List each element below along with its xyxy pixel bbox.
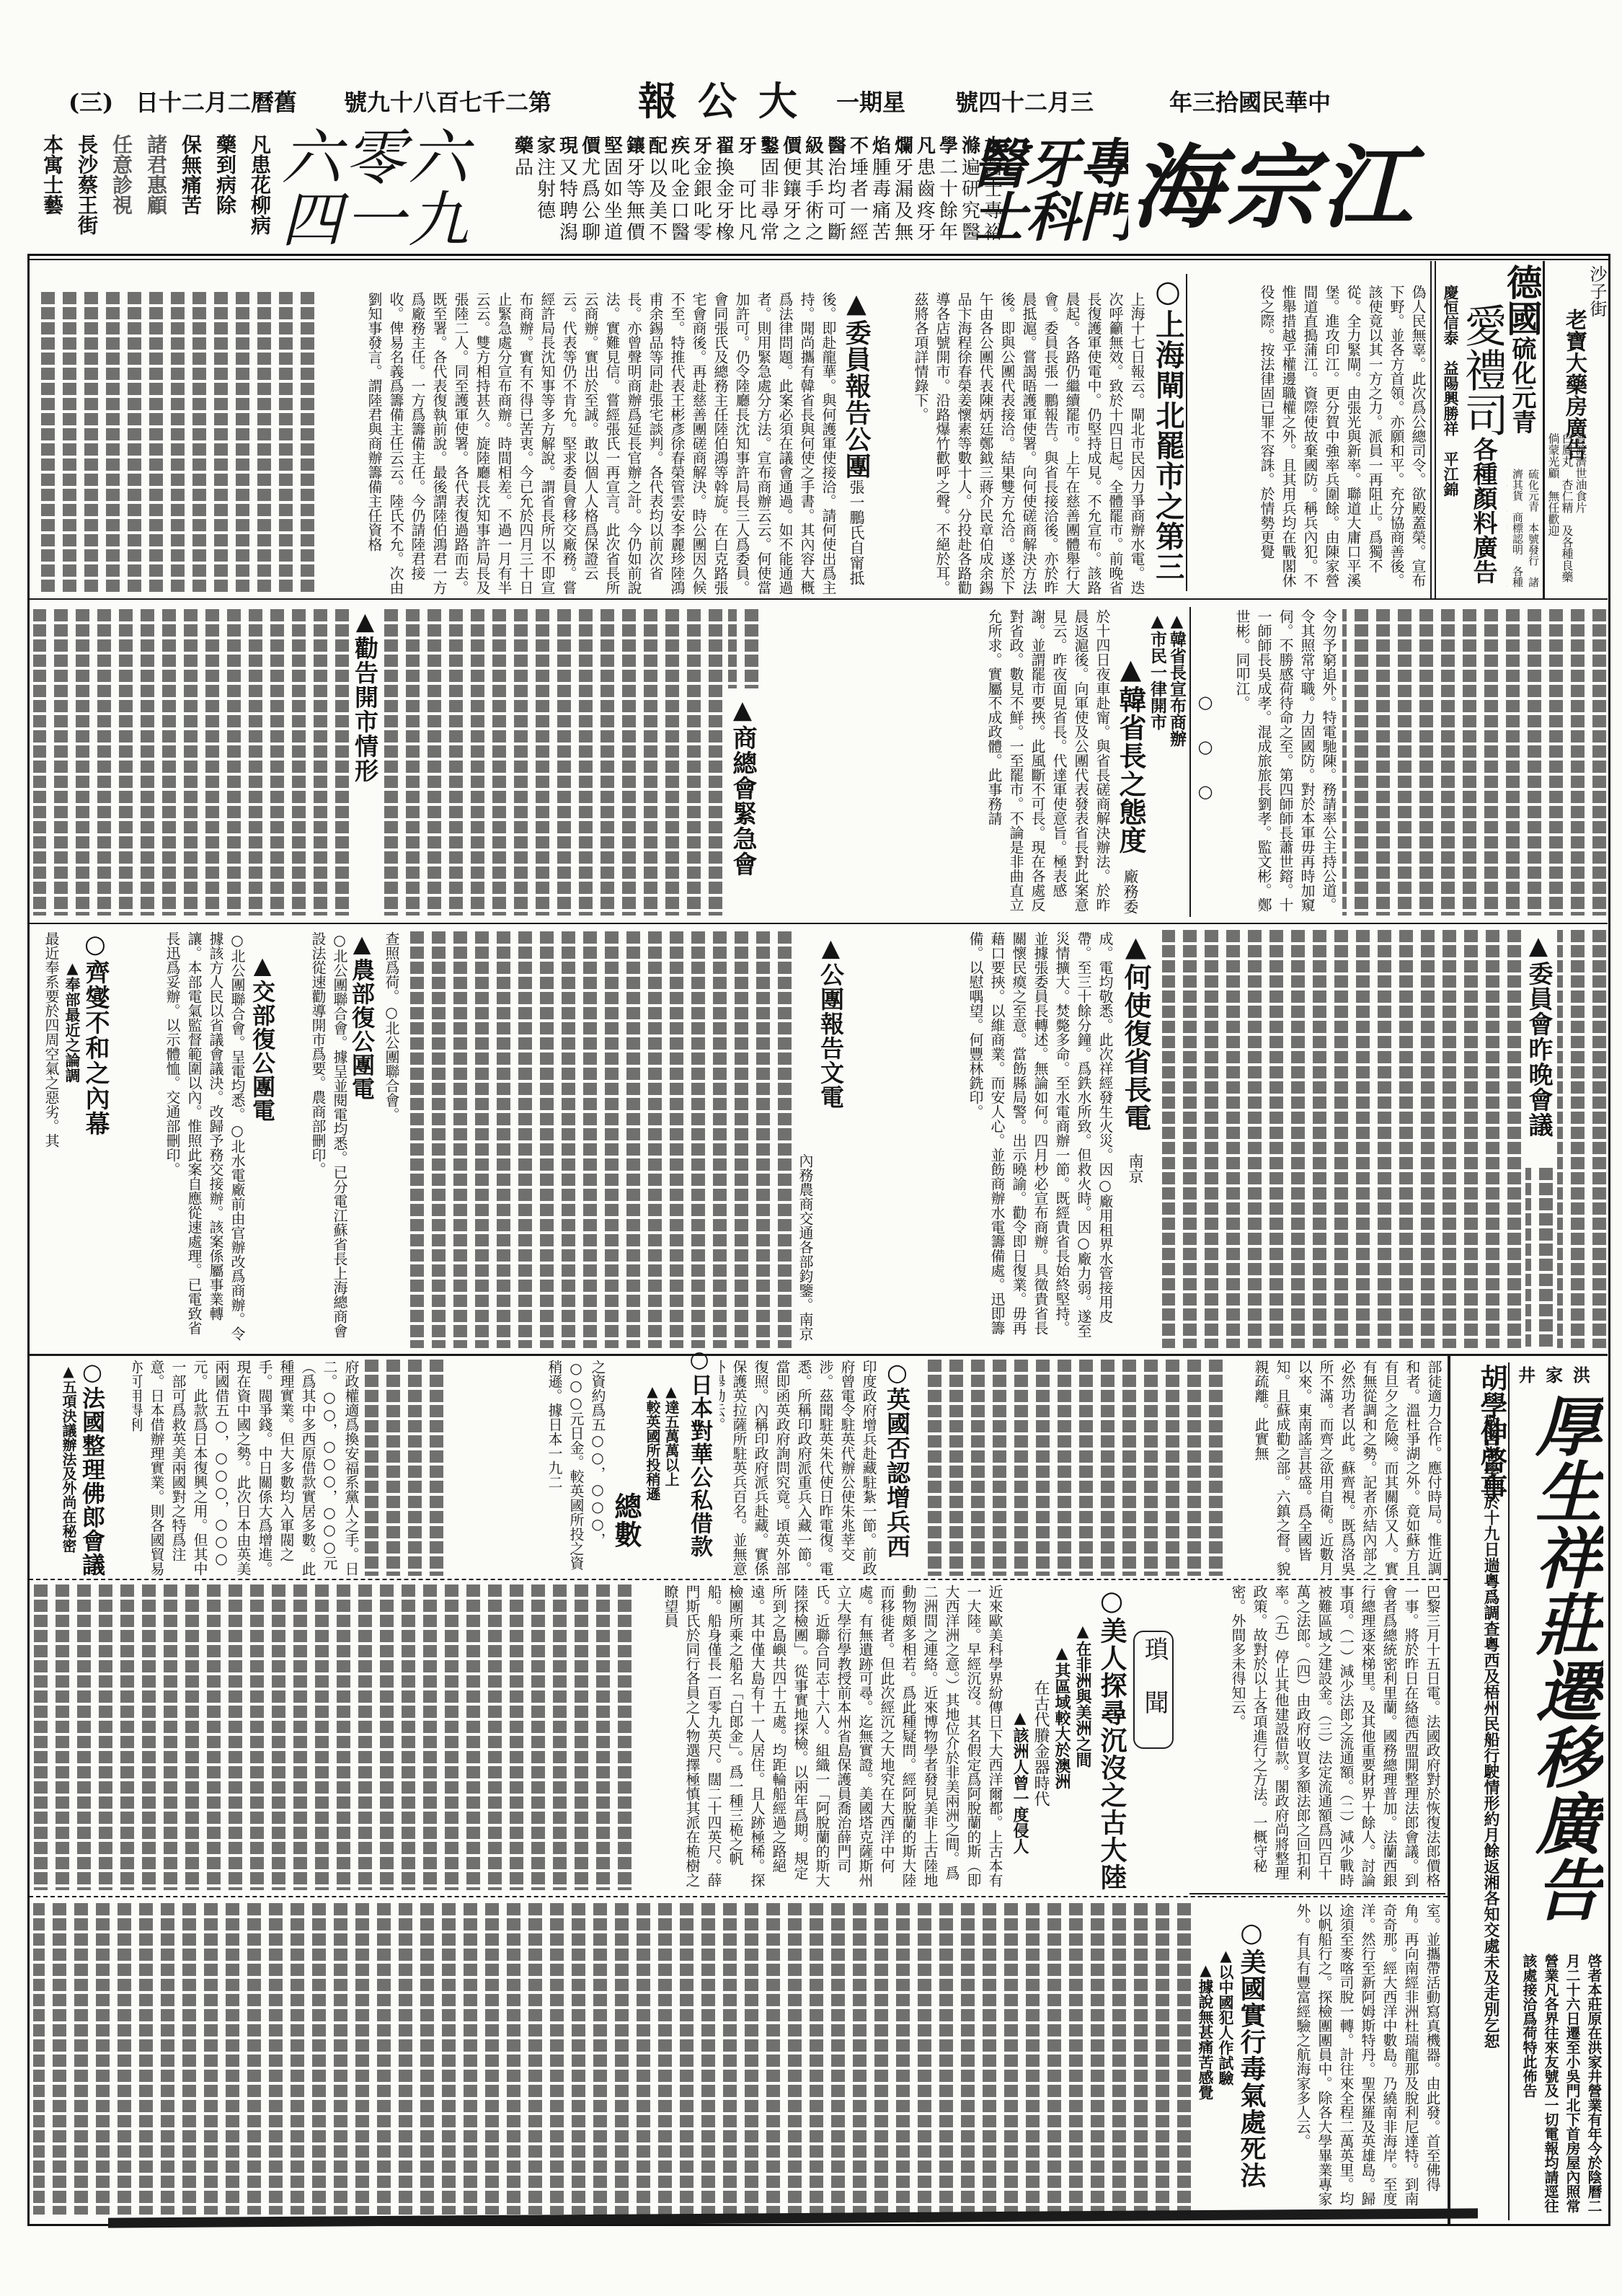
- subhead: ▲據說無甚痛苦感覺: [1195, 1946, 1215, 2191]
- column-rule: [1430, 261, 1432, 598]
- dye-suffix: 各種顏料廣告: [1468, 437, 1497, 584]
- headline-japan-loans: ○日本對華公私借款之: [682, 1347, 715, 1577]
- illegible-text-columns: [1525, 1168, 1553, 1348]
- dental-ad-text: 本滌學凡爛焰不醫級價鑿牙翟牙疾配鑲堅價現家藥 醫遍二患牙腫埵治其便固 換金叱以牙…: [490, 136, 1006, 245]
- column-rule: [1543, 261, 1545, 598]
- illegible-text-columns: [364, 1360, 443, 1576]
- subhead-fengtian-commentary: ▲奉部最近之論調: [63, 959, 82, 1146]
- issue-number: 第二千七百八十九號: [328, 88, 551, 117]
- illegible-text-columns: [405, 931, 792, 1348]
- row-divider: [29, 923, 1608, 924]
- subhead: 在古代賸金器時代: [1030, 1622, 1051, 1889]
- dental-ad-row: 本滌學凡爛焰不醫級價鑿牙翟牙疾配鑲堅價現家藥: [490, 136, 1006, 157]
- article-body: 於十四日夜車赴甯。與省長磋商解決辦法。於昨晨返滬後。向軍使及公團代表發表省長對此…: [764, 609, 1113, 916]
- dye-brand: 愛禮司: [1462, 303, 1504, 437]
- pharmacy-line: 白鳳丸 杏仁精 及各種良藥: [1560, 433, 1574, 595]
- dental-ad-row: 專究餘疼及痛一可術牙尋比牙叱口美無坐公聘德: [490, 200, 1006, 222]
- article-body: ○北公團聯合會。呈電均悉。○北水電廠前由官辦改爲商辦。令據該方人民以省議會議決。…: [115, 931, 248, 1348]
- weekday: 星期一: [836, 88, 905, 117]
- subhead: ▲以中國犯人作試驗: [1215, 1946, 1236, 2191]
- subhead: ▲達五萬萬以上: [662, 1383, 681, 1527]
- issue-date: 三月二十四號: [955, 88, 1094, 117]
- dye-ad-brand-column: 愛禮司各種顏料廣告: [1462, 303, 1504, 591]
- dye-agents: 慶恒信泰 益陽興勝祥 平江錦: [1439, 285, 1461, 595]
- headline-communications-ministry-reply: ▲交部復公團電: [249, 952, 278, 1132]
- headline-agriculture-ministry-reply: ▲農部復公團電: [352, 930, 378, 1110]
- subhead-committee-report: ▲委員報告公團: [842, 288, 872, 479]
- headline-france-franc-conference: ○法國整理佛郎會議: [79, 1358, 108, 1578]
- headline-atlantis-expedition: ○美人探尋沉沒之古大陸: [1094, 1584, 1127, 1893]
- dental-ad-row: 士研十齒漏毒者均手鑲非可金銀金及等如爲特射: [490, 179, 1006, 200]
- headline-japan-loans-end: 總數: [610, 1492, 642, 1575]
- subhead: ▲韓省長宣布商辦: [1167, 611, 1187, 755]
- illegible-text-columns: [728, 609, 758, 688]
- section-separator-circles: ○○○: [1194, 692, 1215, 836]
- article-continuation-text: 偽人民無辜。此次爲公總司令。欲殿蓋榮。宣布下野。並各方首領。亦願和平。充分協商善…: [1191, 285, 1429, 588]
- headline-public-bodies-telegrams: ▲公團報告文電（一）: [817, 934, 846, 1150]
- headline-reopening-persuasion: ▲勸告開市情形: [352, 607, 381, 794]
- article-body: 成。電均敬悉。此次祥經發生火災。因○廠用租界水管接用皮帶。至三十餘分鐘。爲鉄水所…: [848, 931, 1116, 1348]
- headline-zhabei-strike: ○上海閘北罷市之第三日: [1151, 274, 1184, 598]
- clinic-ad-column: 任意診視: [104, 134, 138, 249]
- article-body-tail: 查照爲荷。○北公團聯合會。: [378, 931, 402, 1348]
- headline-committee-meeting: ▲委員會昨晚會議: [1524, 931, 1554, 1162]
- illegible-text-columns: [33, 609, 349, 916]
- clinic-ad-column: 諸君惠顧: [138, 134, 173, 249]
- headline-column: ▲韓省長之態度廠務委員張一鵬氏: [1116, 652, 1146, 918]
- illegible-text-columns: [384, 609, 722, 916]
- article-body-ending: 室。並攜帶活動寫真機器。由此發。首至佛得角。再向南經非洲杜瑞龍那及脫利尼達特。到…: [1270, 1903, 1443, 2217]
- pharmacy-ad-lines: 普渡濟世油食片 白鳳丸 杏仁精 及各種良藥 倘蒙光顧 無任歡迎: [1546, 433, 1587, 595]
- paper-name-char-3: 報: [638, 79, 677, 123]
- dye-country: 德國: [1502, 264, 1541, 336]
- paper-name-char-2: 公: [698, 79, 737, 123]
- miscellany-label-box: 瑣聞: [1133, 1631, 1174, 1749]
- housheng-title: 厚生祥莊遷移廣告: [1518, 1391, 1603, 1946]
- pharmacy-line: 倘蒙光顧 無任歡迎: [1546, 433, 1560, 595]
- lunar-date: 舊曆二月二十日: [153, 88, 297, 117]
- headline-column: ▲何使復省長電南京: [1120, 930, 1151, 1348]
- dental-ad-subtitle: 專門 牙科 醫士: [966, 136, 1128, 251]
- dye-ad-lines: 硫化元青 本號發行 諸濟其貨 商標認明 各種顏料 尤爲特別 倘蒙惠顧 價格 從輕…: [1507, 469, 1541, 595]
- subheads-han-governor: ▲韓省長宣布商辦 ▲市民一律開市: [1146, 611, 1187, 755]
- tier-divider: [29, 1896, 1448, 1897]
- hu-notice-body: 敬啓者學伸於十九日遄粵爲調查粵西及梧州民船行駛情形約月餘返湘各知交處未及走別乞恕: [1476, 1414, 1501, 2207]
- headline-chamber-emergency-meeting: ▲商總會緊急會: [727, 696, 758, 912]
- paper-name-char-1: 大: [758, 79, 797, 123]
- column-rule: [1186, 274, 1187, 591]
- clinic-ad-column: 保無痛苦: [173, 134, 208, 249]
- subhead: ▲在非洲與美洲之間: [1072, 1622, 1093, 1889]
- subheads-atlantis: ▲在非洲與美洲之間 ▲其區域較大於澳洲 在古代賸金器時代 ▲該洲人曾一度侵人: [1009, 1622, 1093, 1889]
- dye-product: 硫化元青: [1507, 336, 1536, 434]
- headline-he-reply-governor: ▲何使復省長電: [1120, 930, 1151, 1132]
- column-rule: [1435, 261, 1436, 598]
- subhead: ▲市民一律開市: [1148, 611, 1167, 755]
- subheads-gas-execution: ▲以中國犯人作試驗 ▲據說無甚痛苦感覺: [1194, 1946, 1236, 2191]
- article-body: 後。即赴龍華。與何護軍使接洽。請何使出爲主持。聞尚攜有韓省長與何使之手書。其內容…: [317, 292, 839, 595]
- article-body: 內務農商交通各部鈞鑒。南京齊: [794, 1153, 816, 1348]
- article-body: 上海十七日報云。閘北市民因力爭商辦水電。迭次呼籲無效。致於十四日起。全體罷市。前…: [874, 292, 1148, 595]
- illegible-text-columns: [1162, 930, 1521, 1348]
- subhead: ▲較英國所投稍遜: [643, 1383, 662, 1527]
- dental-subtitle-column: 醫士: [968, 136, 1021, 251]
- housheng-body: 啓者本莊原在洪家井營業有年今於陰曆二月二十六日遷至小吳門北下首房屋內照常營業凡各…: [1515, 1954, 1605, 2213]
- byline: 南京: [1127, 1132, 1144, 1184]
- subhead-column: ▲委員報告公團張一鵬氏自甯抵滬: [842, 288, 872, 595]
- headline-us-gas-execution: ○美國實行毒氣處死法: [1237, 1918, 1267, 2191]
- republic-year: 中華民國拾三年: [1169, 88, 1331, 117]
- illegible-text-columns: [1557, 930, 1606, 1348]
- clinic-ad-column: 長沙蔡王街: [69, 134, 104, 249]
- headline-britain-denies-tibet: ○英國否認增兵西藏: [881, 1358, 913, 1578]
- illegible-text-columns: [920, 1360, 1223, 1576]
- dental-subtitle-column: 牙科: [1021, 136, 1075, 251]
- column-rule: [1508, 1362, 1510, 2220]
- headline-qi-xie-discord: ○齊燮不和之內幕: [82, 930, 111, 1146]
- article-body: 最近奉系要於四周空氣之惡劣。其: [33, 931, 62, 1348]
- article-body: ○北公團聯合會。據呈並閱電均悉。已分電江蘇省長上海總商會設法從速勸導開市爲要。農…: [283, 931, 350, 1348]
- dental-subtitle-column: 專門: [1075, 136, 1128, 251]
- subhead: ▲其區域較大於澳洲: [1051, 1622, 1072, 1889]
- housheng-location: 洪家井: [1521, 1361, 1600, 1386]
- frame-inner-rule: [27, 259, 1609, 260]
- article-body: 之資約爲五○○，○○○，○○○元日金。較英國所投之資稍遜。據日本一九二: [447, 1360, 608, 1576]
- clinic-ad-column: 本寓士藝: [35, 134, 69, 249]
- clinic-ad: 凡患花柳病 藥到病除 保無痛苦 諸君惠顧 任意診視 長沙蔡王街 本寓士藝: [32, 134, 277, 249]
- column-rule: [1448, 1355, 1450, 2224]
- tier-divider: [29, 1579, 1448, 1580]
- dye-ad-brand-line: 愛禮司各種顏料廣告: [1462, 303, 1504, 591]
- article-body: 印度政府增兵赴藏駐紮一節。前政府曾電令駐英代辦公使朱兆莘交涉。茲聞駐英朱代使日昨…: [719, 1360, 879, 1576]
- illegible-text-columns: [1342, 609, 1606, 916]
- drug-name-914: 九一四: [283, 189, 471, 251]
- row-divider: [29, 598, 1608, 600]
- article-body: 近來歐美科學界紛傳日下大西洋爾都。上古本有一大陸。早經沉沒。其名假定爲阿脫蘭的斯…: [634, 1584, 1006, 1890]
- page-number: (三): [68, 88, 113, 117]
- subheads-japan-loans: ▲達五萬萬以上 ▲較英國所投稍遜: [642, 1383, 681, 1527]
- dental-ad-row: 裕醫年牙無苦經斷之之常凡橡零醫不價道聊潟: [490, 222, 1006, 244]
- dye-line: 硫化元青 本號發行 諸濟其貨 商標認明 各種顏料 尤爲特別 倘蒙惠顧 價格: [1507, 469, 1541, 595]
- illegible-text-columns: [33, 1584, 631, 1890]
- article-body: 巴黎三月十五日電。法國政府對於恢復法郎價格一事。將於昨日在絡德西盟開整理法郎會議…: [1175, 1584, 1443, 1889]
- clinic-ad-column: 凡患花柳病: [242, 134, 277, 249]
- illegible-text-columns: [33, 1903, 1191, 2215]
- headline-han-governor-attitude: ▲韓省長之態度: [1116, 652, 1146, 854]
- row-divider: [29, 1354, 1608, 1356]
- column-rule: [1189, 607, 1191, 917]
- dental-ad-row: 醫遍二患牙腫埵治其便固 換金叱以牙固尤又注品: [490, 157, 1006, 179]
- subhead-five-resolutions: ▲五項決議辦法及外尚在秘密: [56, 1362, 78, 1572]
- subhead: ▲該洲人曾一度侵人: [1009, 1622, 1030, 1889]
- article-continuation-text: 部徒適力合作。應付時局。惟近調和者。溫杜爭湖之外。竟如蘇方且有旦夕之危險。而其關…: [1226, 1360, 1445, 1576]
- tier-divider: [1189, 1893, 1445, 1894]
- pharmacy-street: 沙子街: [1586, 265, 1608, 594]
- drug-name-606: 六零六: [283, 127, 471, 189]
- dental-ad-title: 江宗海: [1128, 130, 1417, 245]
- article-body: 府政權適爲換安福系黨人之手。日二。○○，○○○，○○○元（爲其中多西原借款實居多…: [133, 1360, 362, 1576]
- telegram-text: 令勿予窮追外。特電馳陳。務請率公主持公道。令其照常守職。力固國防。對於本軍毋再時…: [1218, 609, 1339, 916]
- pharmacy-line: 普渡濟世油食片: [1574, 433, 1587, 595]
- clinic-ad-column: 藥到病除: [208, 134, 242, 249]
- illegible-text-columns: [33, 292, 314, 595]
